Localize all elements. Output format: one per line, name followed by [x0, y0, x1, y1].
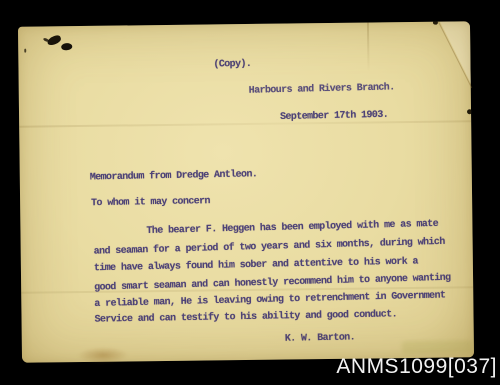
signature-line: K. W. Barton. [285, 332, 355, 344]
body-line: Service and can testify to his ability a… [94, 309, 397, 325]
horizontal-crease-upper [19, 120, 471, 128]
edge-speck [467, 109, 472, 114]
catalog-number-label: ANMS1099[037] [336, 356, 497, 377]
scan-background: (Copy). Harbours and Rivers Branch. Sept… [0, 0, 500, 385]
paper-stain [77, 346, 129, 364]
ink-blot [61, 42, 73, 51]
body-line: The bearer F. Heggen has been employed w… [146, 219, 438, 237]
vertical-crease [367, 22, 370, 72]
date-line: September 17th 1903. [280, 110, 388, 123]
edge-speck [433, 21, 438, 25]
faint-watermark-smudge [402, 340, 472, 354]
body-line: and seaman for a period of two years and… [94, 237, 445, 258]
body-line: a reliable man, He is leaving owing to r… [94, 290, 445, 310]
document-paper: (Copy). Harbours and Rivers Branch. Sept… [18, 21, 474, 362]
copy-note: (Copy). [213, 59, 251, 71]
letterhead-line: Harbours and Rivers Branch. [249, 82, 395, 96]
memo-from-line: Memorandum from Dredge Antleon. [90, 169, 258, 183]
salutation-line: To whom it may concern [91, 196, 210, 209]
ink-speck [24, 49, 26, 53]
body-line: time have always found him sober and att… [94, 256, 418, 274]
